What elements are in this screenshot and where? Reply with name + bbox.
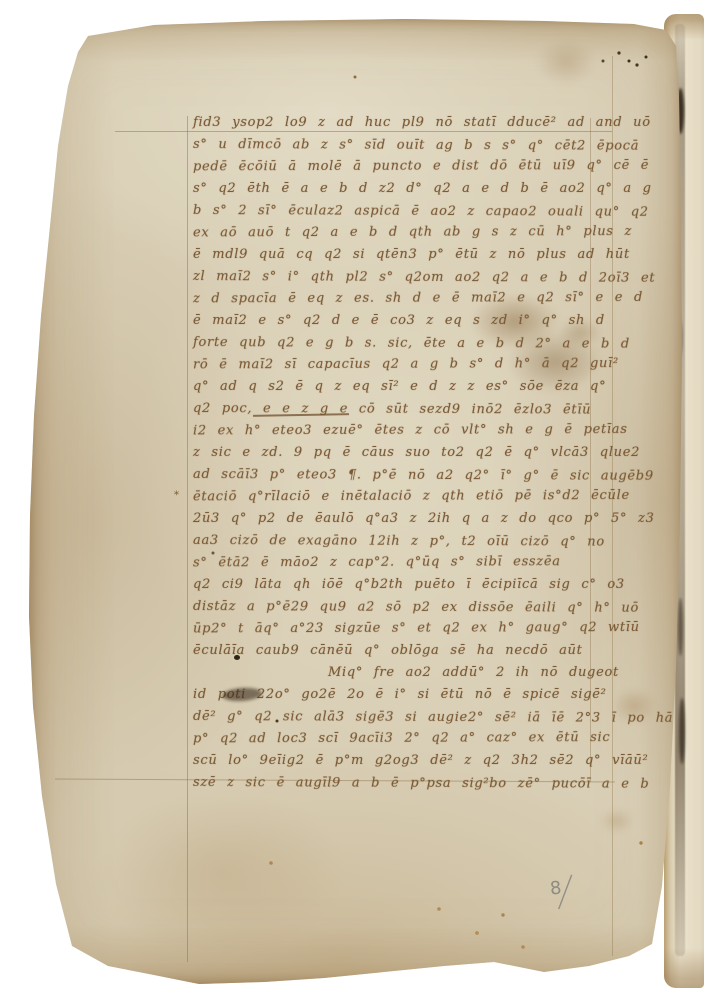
manuscript-text-line: i2 ex h° eteo3 ezuē° ētes z cō vlt° sh e…: [193, 419, 621, 442]
manuscript-text-line: s° q2 ēth ē a e b d z2 d° q2 a e d b ē a…: [193, 178, 621, 200]
gap-dark-spot: [678, 598, 683, 656]
paragraph-1: fid3 ysop2 lo9 z ad huc pl9 nō statī ddu…: [193, 112, 621, 662]
manuscript-text-line: 2ū3 q° p2 de ēaulō q°a3 z 2ih q a z do q…: [193, 508, 621, 530]
manuscript-text-line: zl maī2 s° i° qth pl2 s° q2om ao2 q2 a e…: [193, 266, 621, 290]
manuscript-text-line: q2 poc, e e z g e cō sūt sezd9 inō2 ēzlo…: [193, 398, 621, 422]
manuscript-photograph: fid3 ysop2 lo9 z ad huc pl9 nō statī ddu…: [0, 0, 704, 1000]
manuscript-text-line: dē² g° q2 sic alā3 sigē3 si augie2° sē² …: [193, 706, 621, 730]
manuscript-text-line: q° ad q s2 ē q z eq sī² e d z z es° sōe …: [193, 376, 621, 398]
manuscript-text-line: ad scāī3 p° eteo3 ¶. p°ē nō a2 q2° ī° g°…: [193, 464, 621, 488]
manuscript-text-line: ē mdl9 quā cq q2 si qtēn3 p° ētū z nō pl…: [193, 244, 621, 266]
paragraph-2-indented-line: Miq° fre ao2 addū° 2 ih nō dugeot: [328, 662, 621, 684]
manuscript-text-line: b s° 2 sī° ēculaz2 aspicā ē ao2 z capao2…: [193, 200, 621, 224]
manuscript-text-line: ētaciō q°rīlaciō e inētalaciō z qth etiō…: [193, 485, 621, 508]
pencil-foliation-mark: 8/: [550, 878, 567, 899]
manuscript-text-line: z sic e zd. 9 pq ē cāus suo to2 q2 ē q° …: [193, 442, 621, 464]
marginal-nota-mark: *: [174, 490, 179, 501]
manuscript-text-line: rō ē maī2 sī capacīus q2 a g b s° d h° ā…: [193, 353, 621, 376]
manuscript-text-line: forte qub q2 e g b s. sic, ēte a e b d 2…: [193, 332, 621, 356]
dust-specks: [24, 16, 26, 18]
manuscript-text-line: p° q2 ad loc3 scī 9acīi3 2° q2 a° caz° e…: [193, 727, 621, 750]
manuscript-text-line: fid3 ysop2 lo9 z ad huc pl9 nō statī ddu…: [193, 112, 621, 134]
manuscript-text-line: scū lo° 9eīig2 ē p°m g2og3 dē² z q2 3h2 …: [193, 750, 621, 772]
manuscript-text-line: q2 ci9 lāta qh iōē q°b2th puēto ī ēcipiī…: [193, 574, 621, 596]
manuscript-page: fid3 ysop2 lo9 z ad huc pl9 nō statī ddu…: [24, 16, 684, 988]
manuscript-text-line: z d spacīa ē eq z es. sh d e ē maī2 e q2…: [193, 287, 621, 310]
manuscript-text-line: pedē ēcōiū ā molē ā puncto e dist dō ētū…: [193, 155, 621, 178]
manuscript-text-line: ūp2° t āq° a°23 sigzūe s° et q2 ex h° ga…: [193, 617, 621, 640]
manuscript-text-line: distāz a p°ē29 qu9 a2 sō p2 ex dissōe ēa…: [193, 596, 621, 620]
manuscript-text-line: ē maī2 e s° q2 d e ē co3 z eq s zd i° q°…: [193, 310, 621, 332]
manuscript-text-line: ēculāīa caub9 cānēū q° oblōga sē ha necd…: [193, 640, 621, 662]
manuscript-text-line: ex aō auō t q2 a e b d qth ab g s z cū h…: [193, 221, 621, 244]
ruling-line-left: [187, 116, 188, 962]
manuscript-text-line: s° ētā2 ē māo2 z cap°2. q°ūq s° sibī ess…: [193, 551, 621, 574]
parchment-stain: [600, 808, 634, 834]
parchment-stain: [536, 40, 596, 84]
paragraph-3: id poti 22o° go2ē 2o ē i° si ētū nō ē sp…: [193, 684, 621, 794]
ink-blot: [234, 655, 240, 660]
manuscript-text-line: aa3 cizō de exagāno 12ih z p°, t2 oīū ci…: [193, 530, 621, 554]
manuscript-text-line: s° u dīmcō ab z s° sīd ouīt ag b s s° q°…: [193, 134, 621, 158]
manuscript-text-line: szē z sic ē augīl9 a b ē p°psa sig²bo zē…: [193, 772, 621, 796]
gap-dark-spot: [679, 698, 685, 764]
